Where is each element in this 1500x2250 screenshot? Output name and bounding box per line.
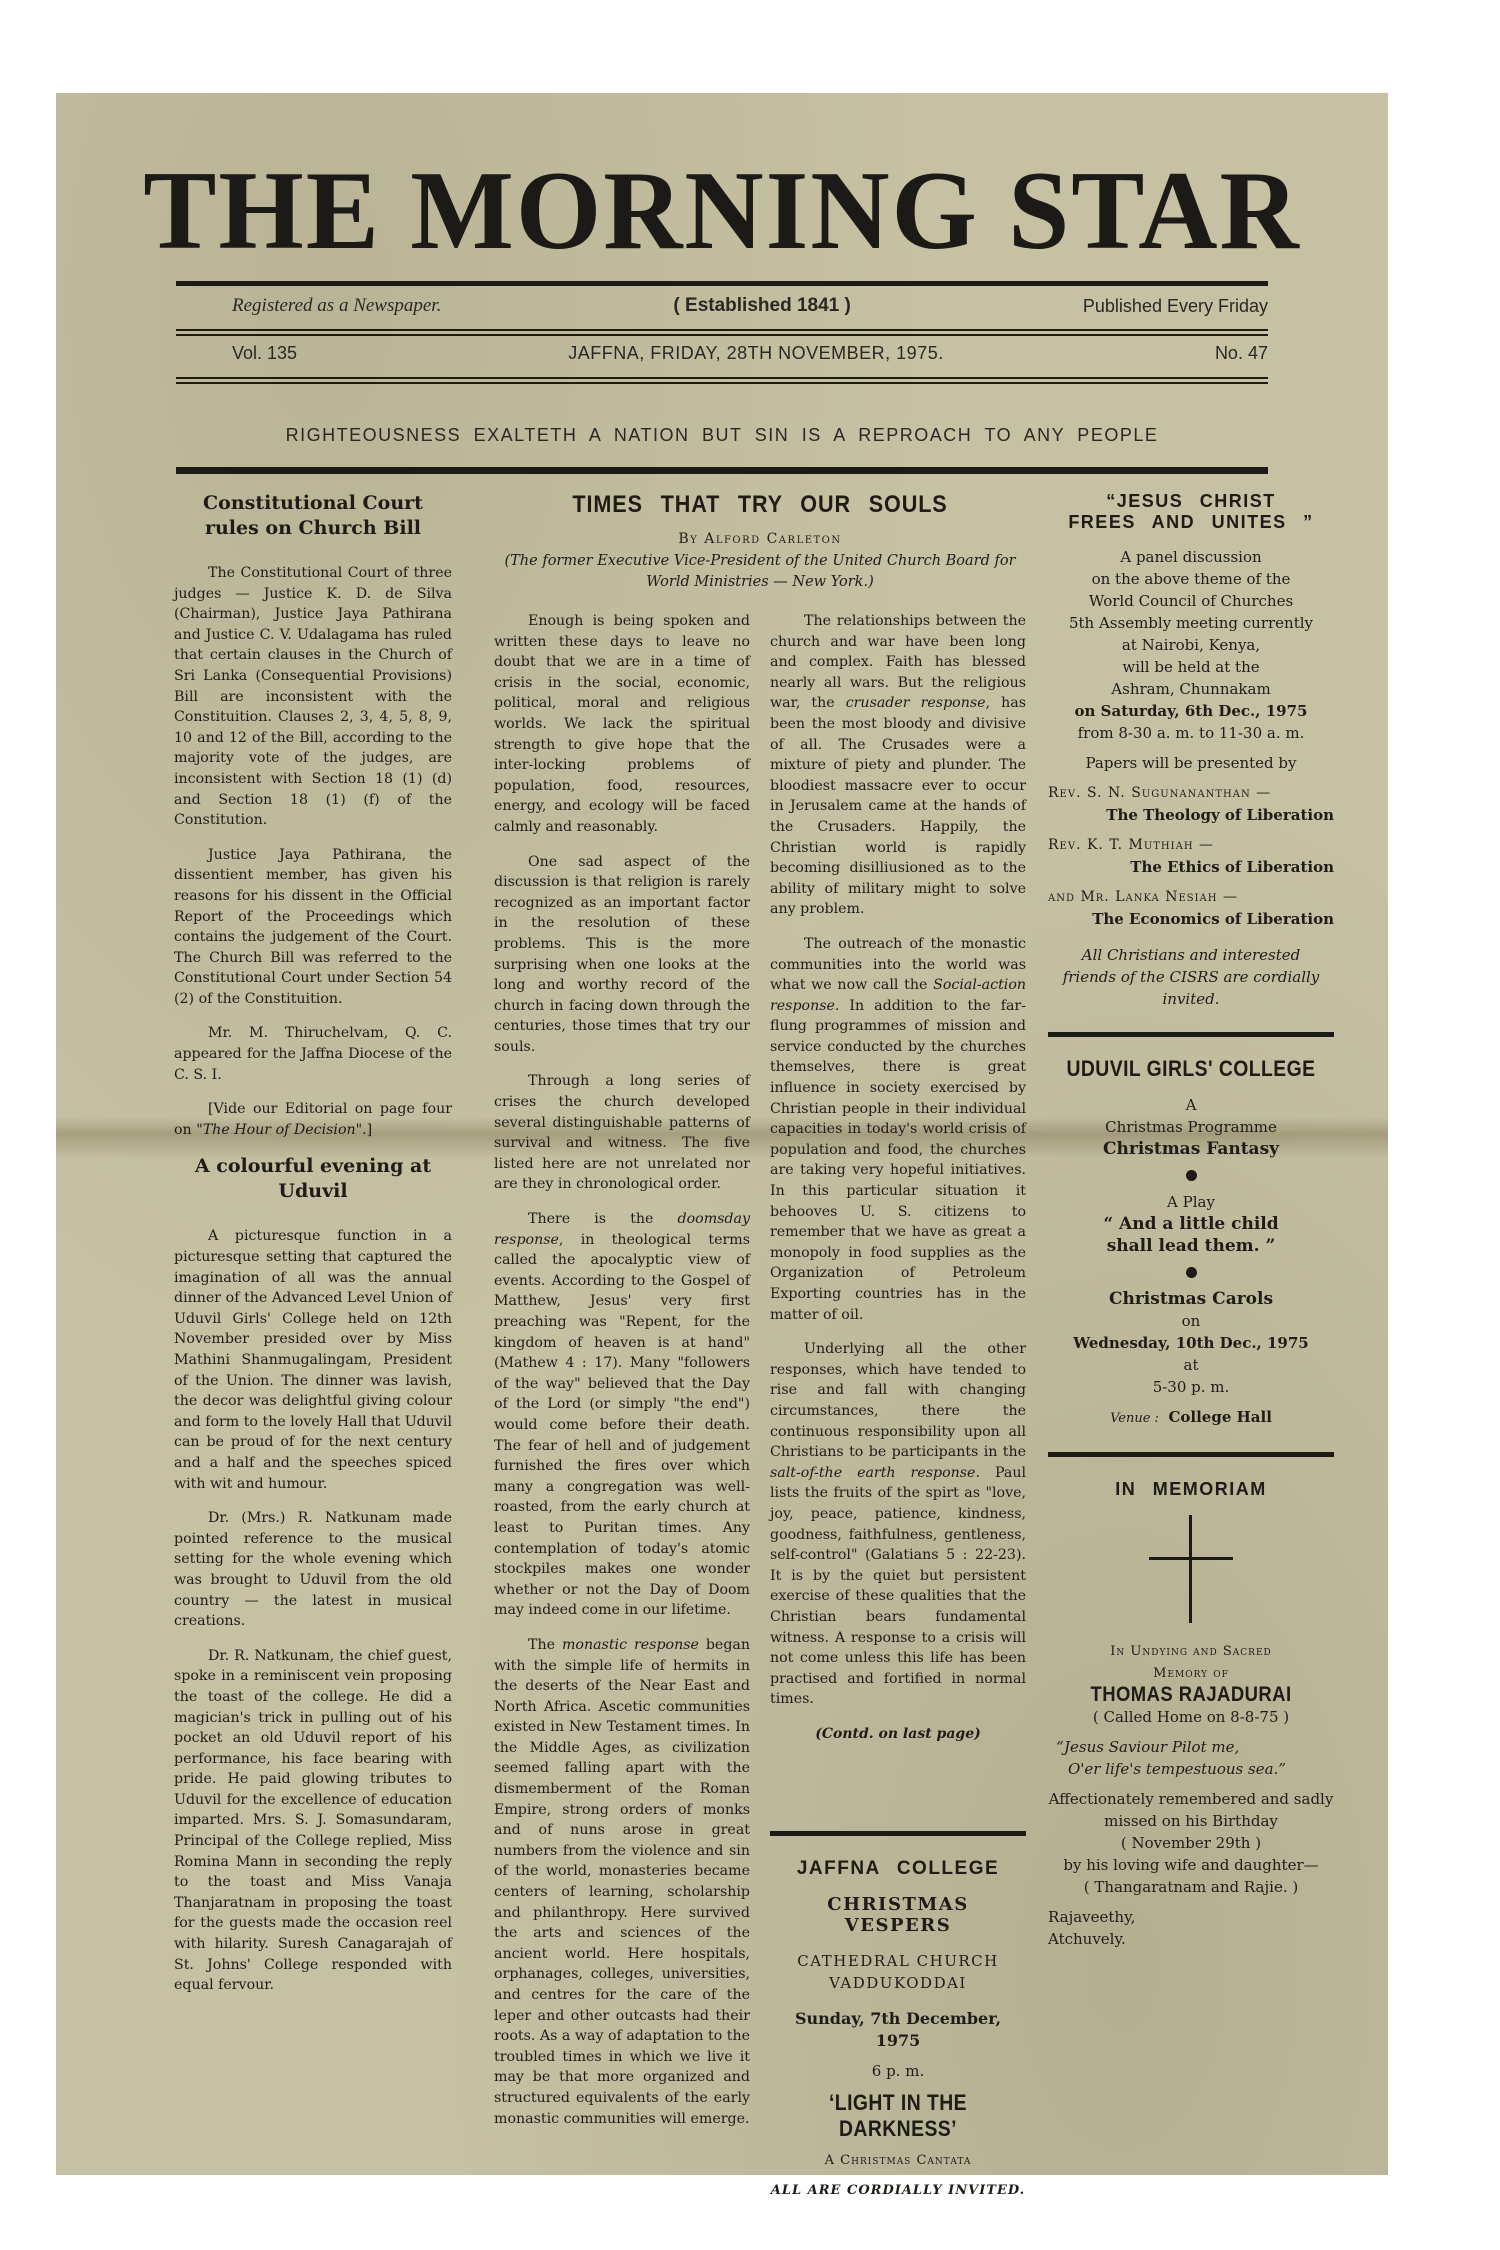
column-2: Enough is being spoken and written these… [494,611,750,2143]
court-paragraph: Justice Jaya Pathirana, the dissentient … [174,845,452,1010]
court-paragraph: Mr. M. Thiruchelvam, Q. C. appeared for … [174,1023,452,1085]
masthead-title: THE MORNING STAR [69,155,1374,267]
column-4: “JESUS CHRIST FREES AND UNITES ” A panel… [1048,491,1334,1950]
main-paragraph: The monastic response began with the sim… [494,1635,750,2129]
uduvil-ad-headline: UDUVIL GIRLS' COLLEGE [1065,1059,1317,1080]
uduvil-ad-line: at [1048,1354,1334,1376]
main-article-header: TIMES THAT TRY OUR SOULS By Alford Carle… [494,491,1026,593]
court-paragraph: The Constitutional Court of three judges… [174,563,452,831]
memoriam-verse: “Jesus Saviour Pilot me, [1048,1736,1334,1758]
main-paragraph: The relationships between the church and… [770,611,1026,920]
uduvil-paragraph: Dr. R. Natkunam, the chief guest, spoke … [174,1646,452,1996]
memoriam-text: Affectionately remembered and sadly miss… [1048,1788,1334,1832]
speaker-name: Rev. K. T. Muthiah — [1048,834,1334,856]
wcc-line: A panel discussion [1048,546,1334,568]
wcc-line: Ashram, Chunnakam [1048,678,1334,700]
ad-title: ‘LIGHT IN THE DARKNESS’ [785,2090,1010,2142]
author-affiliation: (The former Executive Vice-President of … [494,551,1026,593]
uduvil-ad-play-title: “ And a little child [1048,1213,1334,1235]
wcc-line: at Nairobi, Kenya, [1048,634,1334,656]
ad-line: VADDUKODDAI [770,1972,1026,1994]
bullet-icon [1186,1267,1197,1278]
masthead-rule [176,329,1268,336]
main-paragraph: The outreach of the monastic communities… [770,934,1026,1325]
main-paragraph: Enough is being spoken and written these… [494,611,750,838]
memoriam-headline: IN MEMORIAM [1048,1479,1334,1500]
uduvil-ad-play-title: shall lead them. ” [1048,1235,1334,1257]
jaffna-college-ad: JAFFNA COLLEGE CHRISTMAS VESPERS CATHEDR… [770,1831,1026,2202]
memoriam-address: Rajaveethy, [1048,1906,1334,1928]
established-label: ( Established 1841 ) [673,295,850,317]
wcc-line: will be held at the [1048,656,1334,678]
ad-time: 6 p. m. [770,2060,1026,2082]
speaker-name: Rev. S. N. Sugunananthan — [1048,782,1334,804]
cross-icon [1149,1515,1233,1623]
wcc-headline: FREES AND UNITES ” [1048,512,1334,533]
uduvil-ad-carols: Christmas Carols [1048,1288,1334,1310]
ad-rule [1048,1032,1334,1037]
wcc-time: from 8-30 a. m. to 11-30 a. m. [1048,722,1334,744]
editorial-note: [Vide our Editorial on page four on "The… [174,1099,452,1140]
main-headline: TIMES THAT TRY OUR SOULS [521,491,1000,519]
uduvil-ad-line: A [1048,1094,1334,1116]
court-headline: Constitutional Court rules on Church Bil… [174,491,452,541]
volume-label: Vol. 135 [176,343,297,364]
ad-line: CATHEDRAL CHURCH [770,1950,1026,1972]
column-1: Constitutional Court rules on Church Bil… [174,491,452,2010]
wcc-line: World Council of Churches [1048,590,1334,612]
masthead-rule [176,281,1268,286]
uduvil-ad-fantasy: Christmas Fantasy [1048,1138,1334,1160]
wcc-invite: All Christians and interested friends of… [1048,944,1334,1010]
memoriam-text: ( November 29th ) [1048,1832,1334,1854]
ad-invite: ALL ARE CORDIALLY INVITED. [770,2180,1026,2202]
uduvil-ad-date: Wednesday, 10th Dec., 1975 [1048,1332,1334,1354]
newspaper-page: THE MORNING STAR Registered as a Newspap… [56,93,1388,2175]
continued-note: (Contd. on last page) [770,1724,1026,1745]
main-paragraph: One sad aspect of the discussion is that… [494,852,750,1058]
ad-rule [770,1831,1026,1836]
uduvil-ad-line: A Play [1048,1191,1334,1213]
speaker-topic: The Theology of Liberation [1048,804,1334,826]
masthead-rule [176,377,1268,384]
speaker-topic: The Economics of Liberation [1048,908,1334,930]
motto: RIGHTEOUSNESS EXALTETH A NATION BUT SIN … [176,425,1268,446]
speaker-name: and Mr. Lanka Nesiah — [1048,886,1334,908]
issue-number: No. 47 [1215,343,1268,364]
uduvil-ad-line: on [1048,1310,1334,1332]
byline: By Alford Carleton [494,531,1026,547]
column-3: The relationships between the church and… [770,611,1026,1744]
uduvil-paragraph: A picturesque function in a picturesque … [174,1226,452,1494]
main-paragraph: There is the doomsday response, in theol… [494,1209,750,1621]
memoriam-name: THOMAS RAJADURAI [1065,1685,1317,1706]
ad-rule [1048,1452,1334,1457]
registered-label: Registered as a Newspaper. [176,295,441,317]
ad-date: Sunday, 7th December, 1975 [770,2008,1026,2052]
speaker-topic: The Ethics of Liberation [1048,856,1334,878]
memoriam-line: In Undying and Sacred [1048,1641,1334,1663]
wcc-papers-intro: Papers will be presented by [1048,752,1334,774]
main-paragraph: Through a long series of crises the chur… [494,1071,750,1195]
published-label: Published Every Friday [1083,296,1268,317]
memoriam-verse: O'er life's tempestuous sea.” [1048,1758,1334,1780]
uduvil-headline: A colourful evening at Uduvil [174,1154,452,1204]
wcc-headline: “JESUS CHRIST [1048,491,1334,512]
masthead-info-row: Registered as a Newspaper. ( Established… [176,295,1268,317]
dateline-row: Vol. 135 JAFFNA, FRIDAY, 28TH NOVEMBER, … [176,343,1268,364]
memoriam-called: ( Called Home on 8-8-75 ) [1048,1706,1334,1728]
uduvil-ad-venue: Venue : College Hall [1048,1406,1334,1430]
uduvil-paragraph: Dr. (Mrs.) R. Natkunam made pointed refe… [174,1508,452,1632]
dateline: JAFFNA, FRIDAY, 28TH NOVEMBER, 1975. [568,343,943,364]
ad-subtitle: A Christmas Cantata [770,2150,1026,2172]
memoriam-line: Memory of [1048,1663,1334,1685]
memoriam-text: by his loving wife and daughter— [1048,1854,1334,1876]
ad-line: CHRISTMAS VESPERS [770,1894,1026,1936]
main-paragraph: Underlying all the other responses, whic… [770,1339,1026,1710]
wcc-line: on the above theme of the [1048,568,1334,590]
uduvil-ad-line: Christmas Programme [1048,1116,1334,1138]
masthead-rule [176,467,1268,474]
wcc-line: 5th Assembly meeting currently [1048,612,1334,634]
memoriam-address: Atchuvely. [1048,1928,1334,1950]
wcc-date: on Saturday, 6th Dec., 1975 [1048,700,1334,722]
uduvil-ad-time: 5-30 p. m. [1048,1376,1334,1398]
ad-line: JAFFNA COLLEGE [770,1858,1026,1880]
memoriam-text: ( Thangaratnam and Rajie. ) [1048,1876,1334,1898]
bullet-icon [1186,1170,1197,1181]
